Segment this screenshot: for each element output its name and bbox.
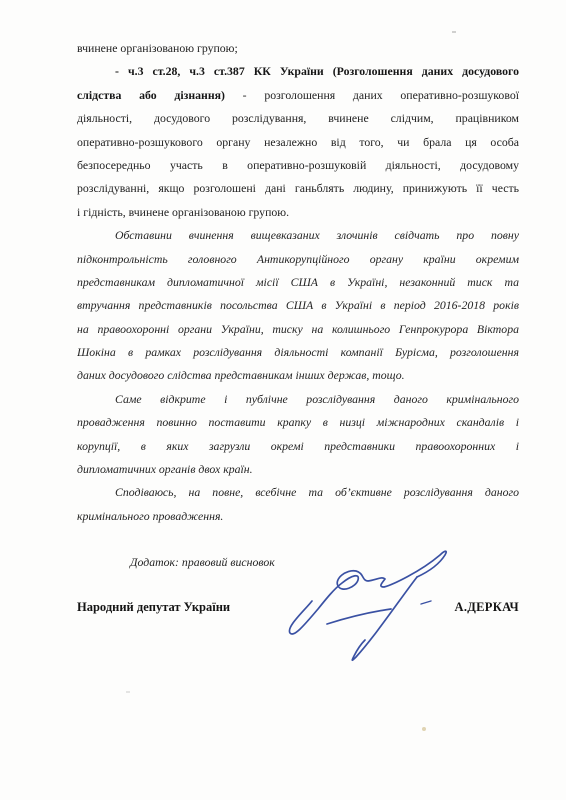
signer-name: А.ДЕРКАЧ <box>455 596 520 619</box>
signature-row: Народний депутат України А.ДЕРКАЧ <box>77 596 519 619</box>
text-line: дипломатичних органів двох країн. <box>77 458 519 481</box>
text-run: втручання представників посольства США в… <box>77 298 519 312</box>
text-line: оперативно-розшукового органу незалежно … <box>77 131 519 154</box>
scan-artifact <box>422 727 426 731</box>
text-line: вчинене організованою групою; <box>77 37 519 60</box>
text-line: діяльності, досудового розслідування, вч… <box>77 107 519 130</box>
text-run: діяльності, досудового розслідування, вч… <box>77 111 519 125</box>
text-line: безпосередньо участь в оперативно-розшук… <box>77 154 519 177</box>
text-line: підконтрольність головного Антикорупційн… <box>77 248 519 271</box>
text-run: Сподіваюсь, на повне, всебічне та об’єкт… <box>115 485 519 499</box>
text-run: слідства або дізнання) <box>77 88 243 102</box>
text-run: дипломатичних органів двох країн. <box>77 462 253 476</box>
text-run: корупції, в яких загрузли окремі предста… <box>77 439 519 453</box>
text-run: розслідуванні, якщо розголошені дані ган… <box>77 181 519 195</box>
text-run: даних досудового слідства представникам … <box>77 368 405 382</box>
text-run: представникам дипломатичної місії США в … <box>77 275 519 289</box>
text-run: Саме відкрите і публічне розслідування д… <box>115 392 519 406</box>
text-line: Сподіваюсь, на повне, всебічне та об’єкт… <box>77 481 519 504</box>
text-run: підконтрольність головного Антикорупційн… <box>77 252 519 266</box>
text-run: і гідність, вчинене організованою групою… <box>77 205 289 219</box>
text-run: Обставини вчинення вищевказаних злочинів… <box>115 228 519 242</box>
text-line: Обставини вчинення вищевказаних злочинів… <box>77 224 519 247</box>
text-line: даних досудового слідства представникам … <box>77 364 519 387</box>
text-line: і гідність, вчинене організованою групою… <box>77 201 519 224</box>
text-run: на правоохоронні органи України, тиску н… <box>77 322 519 336</box>
text-run: провадження повинно поставити крапку в н… <box>77 415 519 429</box>
scan-artifact <box>126 691 130 693</box>
text-line: на правоохоронні органи України, тиску н… <box>77 318 519 341</box>
text-line: провадження повинно поставити крапку в н… <box>77 411 519 434</box>
text-line: розслідуванні, якщо розголошені дані ган… <box>77 177 519 200</box>
text-line: слідства або дізнання) - розголошення да… <box>77 84 519 107</box>
text-line: корупції, в яких загрузли окремі предста… <box>77 435 519 458</box>
text-line: - ч.3 ст.28, ч.3 ст.387 КК України (Розг… <box>77 60 519 83</box>
text-run: - ч.3 ст.28, ч.3 ст.387 КК України (Розг… <box>115 64 519 78</box>
text-run: Додаток: правовий висновок <box>130 555 275 569</box>
text-run: - розголошення даних оперативно-розшуков… <box>243 88 519 102</box>
text-line: Саме відкрите і публічне розслідування д… <box>77 388 519 411</box>
text-run: кримінального провадження. <box>77 509 223 523</box>
signer-position-label: Народний депутат України <box>77 596 230 619</box>
text-run: оперативно-розшукового органу незалежно … <box>77 135 519 149</box>
scanned-document-page: вчинене організованою групою;- ч.3 ст.28… <box>0 0 566 800</box>
text-line: Додаток: правовий висновок <box>77 551 519 574</box>
text-run: Шокіна в рамках розслідування діяльності… <box>77 345 519 359</box>
text-line: представникам дипломатичної місії США в … <box>77 271 519 294</box>
text-line: кримінального провадження. <box>77 505 519 528</box>
text-line: Шокіна в рамках розслідування діяльності… <box>77 341 519 364</box>
scan-artifact <box>452 31 456 33</box>
text-run: безпосередньо участь в оперативно-розшук… <box>77 158 519 172</box>
text-run: вчинене організованою групою; <box>77 41 238 55</box>
text-line: втручання представників посольства США в… <box>77 294 519 317</box>
document-body: вчинене організованою групою;- ч.3 ст.28… <box>77 37 519 619</box>
